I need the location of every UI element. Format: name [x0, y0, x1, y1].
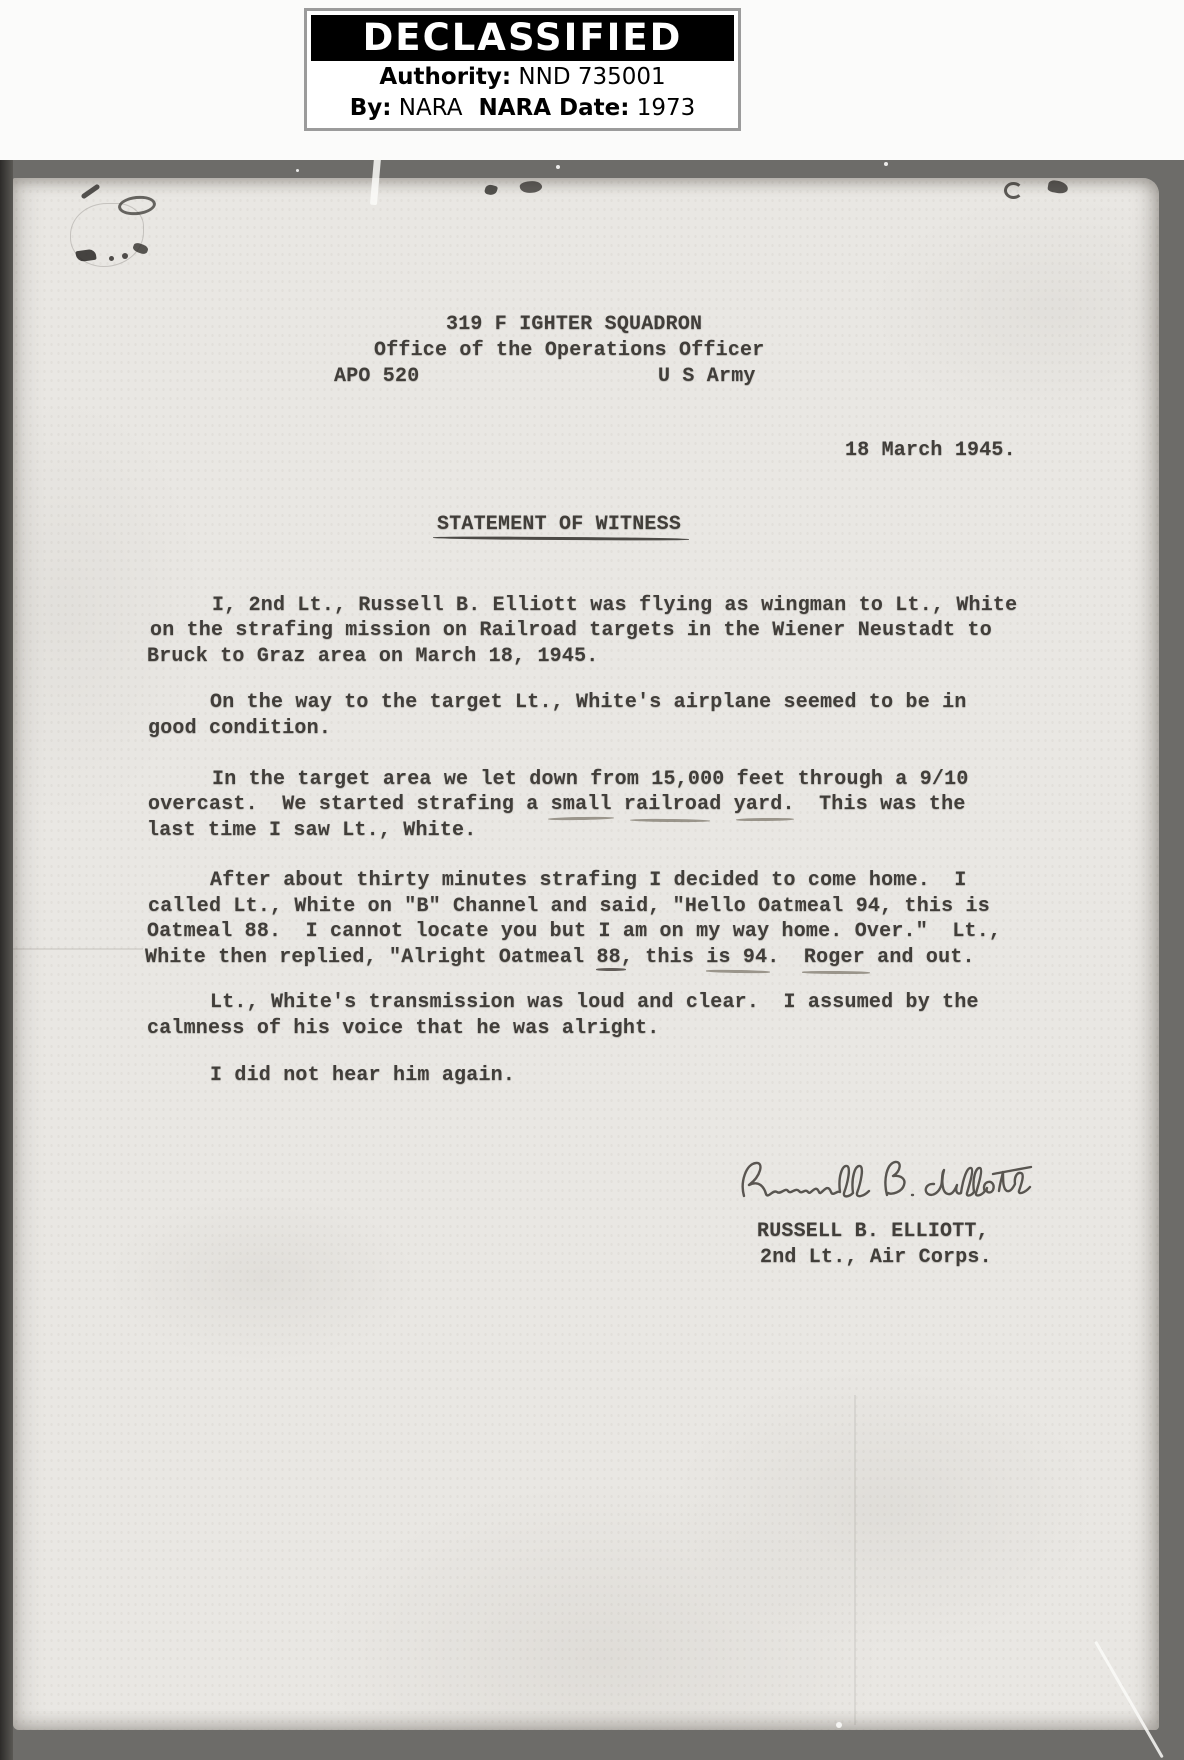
- paper-crease: [13, 948, 143, 950]
- document-title: STATEMENT OF WITNESS: [437, 513, 681, 537]
- body-line: called Lt., White on "B" Channel and sai…: [148, 895, 990, 919]
- letterhead-apo: APO 520: [334, 365, 419, 389]
- ink-dot: [122, 253, 128, 259]
- body-line: Lt., White's transmission was loud and c…: [210, 991, 979, 1015]
- authority-label: Authority:: [379, 64, 511, 90]
- letterhead-office: Office of the Operations Officer: [374, 339, 764, 363]
- body-line: on the strafing mission on Railroad targ…: [150, 619, 992, 643]
- declassified-stamp: DECLASSIFIED Authority: NND 735001 By: N…: [304, 8, 741, 131]
- ink-dot: [109, 256, 114, 261]
- body-line: White then replied, "Alright Oatmeal 88,…: [145, 946, 975, 970]
- by-label: By:: [350, 95, 392, 121]
- body-line: good condition.: [148, 717, 331, 741]
- authority-line: Authority: NND 735001: [311, 63, 734, 92]
- scan-speck: [884, 162, 888, 166]
- white-dot: [836, 1722, 842, 1728]
- handwritten-signature: [738, 1152, 1033, 1212]
- signature-typed-title: 2nd Lt., Air Corps.: [760, 1246, 992, 1270]
- letterhead-squadron: 319 F IGHTER SQUADRON: [446, 313, 702, 337]
- document-date: 18 March 1945.: [845, 439, 1016, 463]
- scanned-document-page: DECLASSIFIED Authority: NND 735001 By: N…: [0, 0, 1184, 1760]
- paper-streak: [854, 1395, 856, 1725]
- underline-88: [596, 968, 626, 971]
- signature-strokes: [738, 1152, 1033, 1207]
- by-value: NARA: [399, 95, 463, 121]
- by-line: By: NARANARA Date: 1973: [311, 94, 734, 123]
- body-line: Bruck to Graz area on March 18, 1945.: [147, 645, 598, 669]
- nara-date-value: 1973: [637, 95, 696, 121]
- body-line: overcast. We started strafing a small ra…: [148, 793, 966, 817]
- letterhead-army: U S Army: [658, 365, 756, 389]
- scan-speck: [556, 165, 560, 169]
- body-line: I did not hear him again.: [210, 1064, 515, 1088]
- body-line: After about thirty minutes strafing I de…: [210, 869, 967, 893]
- body-line: In the target area we let down from 15,0…: [212, 768, 969, 792]
- body-line: I, 2nd Lt., Russell B. Elliott was flyin…: [212, 594, 1017, 618]
- scanner-left-edge: [0, 160, 13, 1760]
- pencil-c-mark: [1004, 182, 1023, 199]
- body-line: Oatmeal 88. I cannot locate you but I am…: [147, 920, 1001, 944]
- body-line: calmness of his voice that he was alrigh…: [147, 1017, 659, 1041]
- scan-speck: [296, 169, 299, 172]
- authority-value: NND 735001: [518, 64, 665, 90]
- nara-date-label: NARA Date:: [478, 95, 629, 121]
- declassified-title: DECLASSIFIED: [311, 15, 734, 61]
- signature-typed-name: RUSSELL B. ELLIOTT,: [757, 1220, 989, 1244]
- body-line: On the way to the target Lt., White's ai…: [210, 691, 967, 715]
- body-line: last time I saw Lt., White.: [147, 819, 476, 843]
